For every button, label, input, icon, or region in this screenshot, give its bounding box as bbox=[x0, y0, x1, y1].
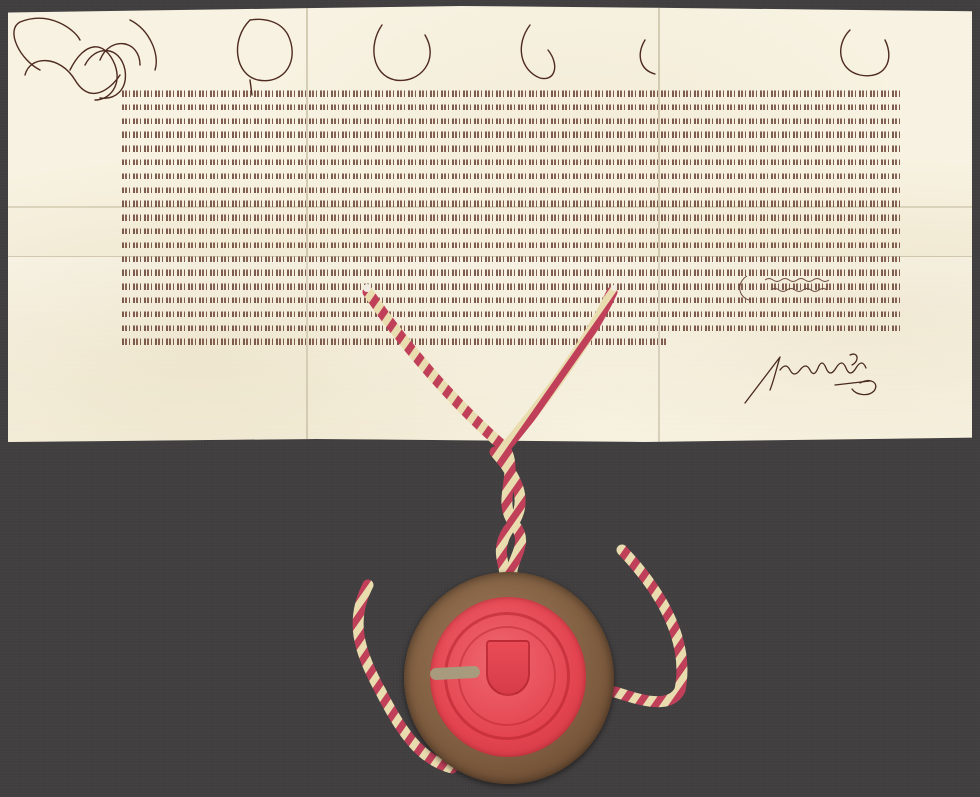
cord-hole bbox=[363, 284, 371, 292]
coat-of-arms-icon bbox=[486, 640, 530, 696]
cord-hole bbox=[611, 285, 617, 291]
